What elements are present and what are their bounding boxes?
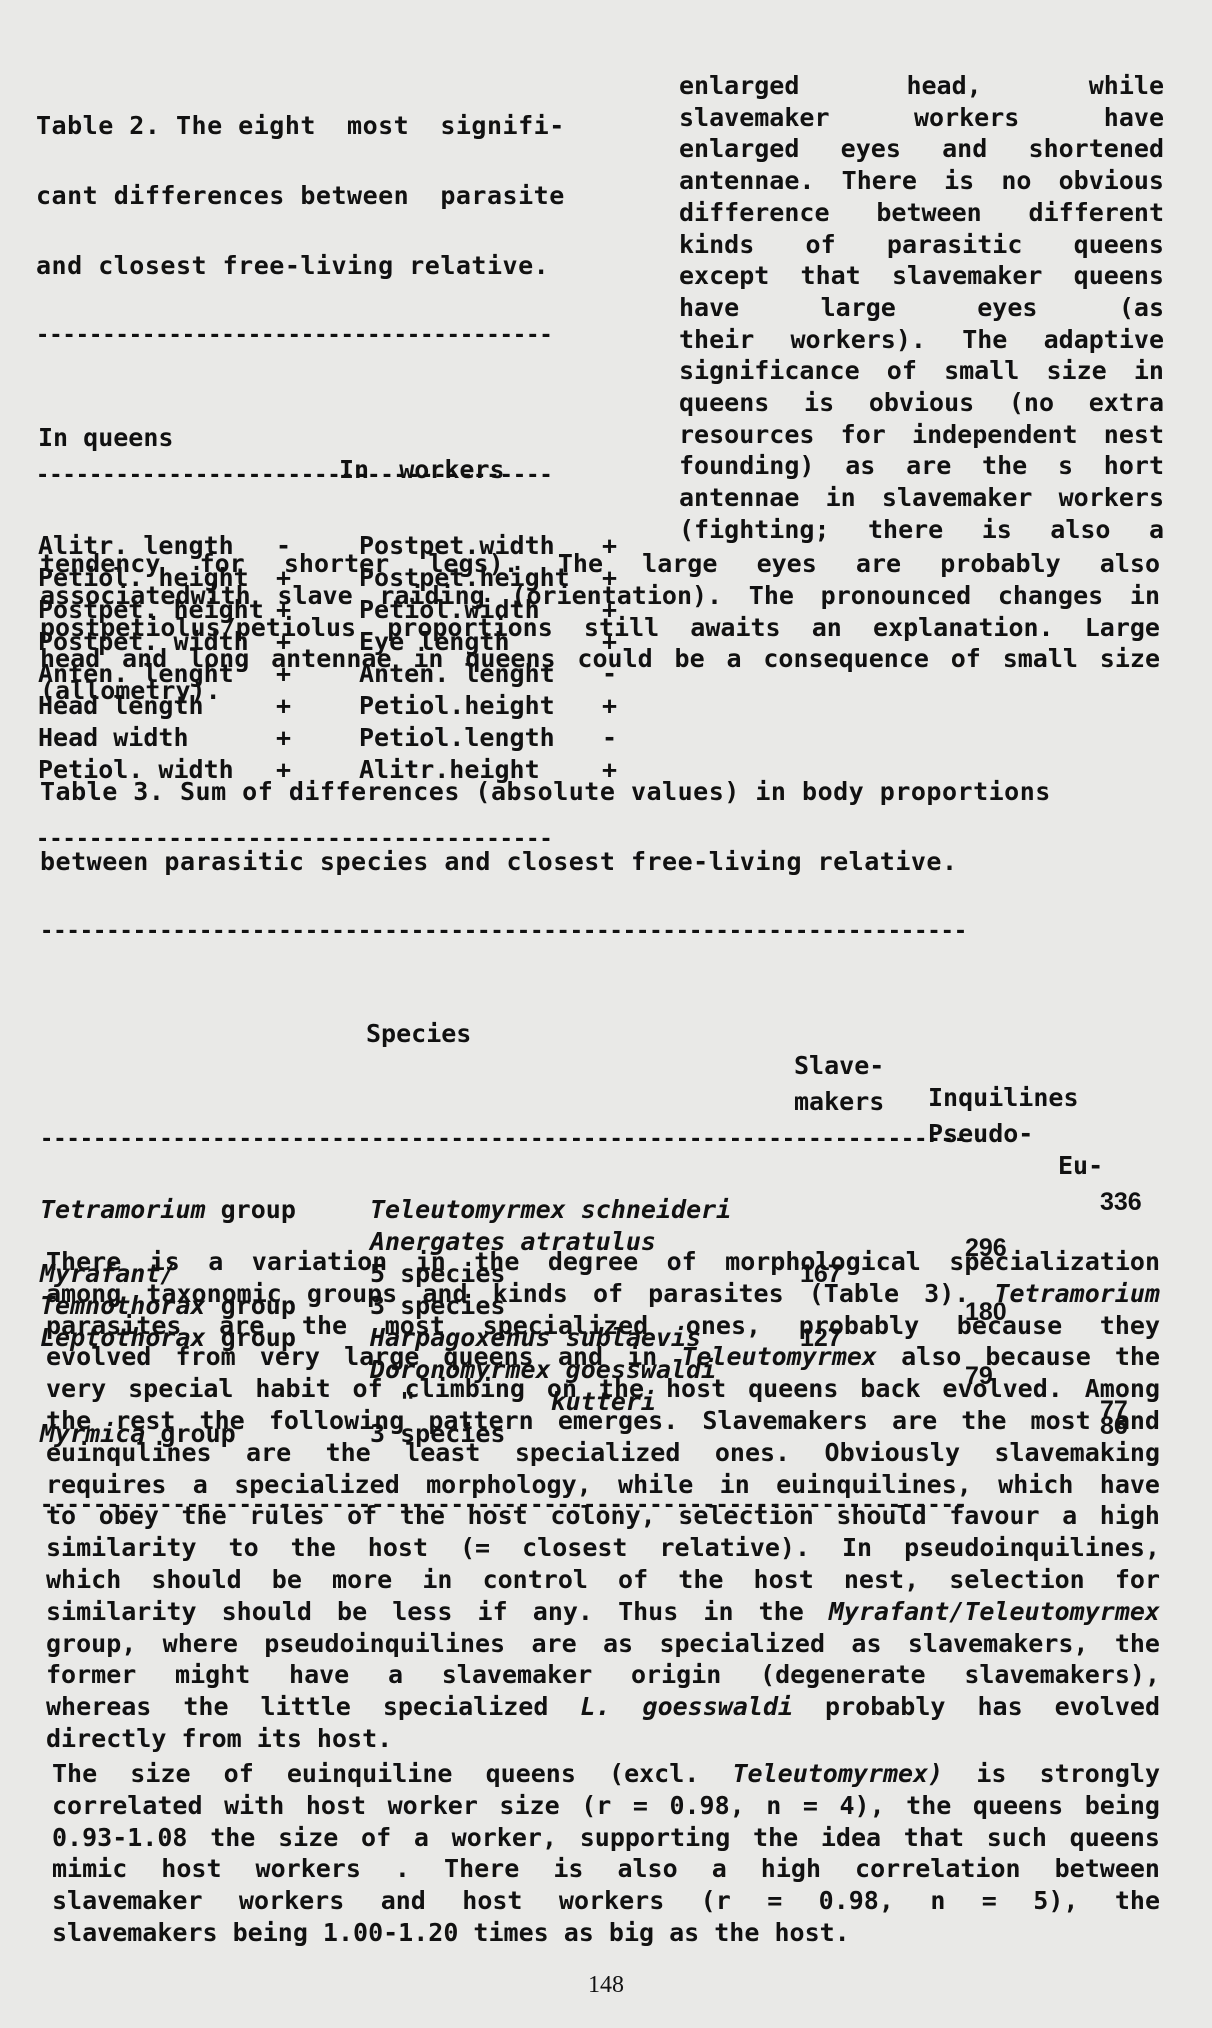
- text-line: slavemakers being 1.00-1.20 times as big…: [52, 1917, 1160, 1949]
- text-line: resources for independent nest: [679, 419, 1164, 451]
- text-line: significance of small size in: [679, 355, 1164, 387]
- text-line: antennae in slavemaker workers: [679, 482, 1164, 514]
- table-2-caption-line: cant differences between parasite: [36, 180, 636, 212]
- table-rule: ---------------------------------------: [36, 320, 636, 352]
- taxon-group: Tetramorium group: [40, 1194, 296, 1226]
- header-slavemakers-2: makers: [794, 1086, 884, 1118]
- header-pseudo: Pseudo-: [928, 1118, 1033, 1150]
- text-line: evolved from very large queens and in Te…: [46, 1341, 1160, 1373]
- table-3-header-row-1: Species Slave- Inquilines: [40, 986, 1170, 1016]
- text-line: tendency for shorter legs). The large ey…: [40, 548, 1160, 580]
- text-line: group, where pseudoinquilines are as spe…: [46, 1628, 1160, 1660]
- header-species: Species: [366, 1018, 471, 1050]
- text-line: There is a variation in the degree of mo…: [46, 1246, 1160, 1278]
- text-line: antennae. There is no obvious: [679, 165, 1164, 197]
- eu-value: 336: [1100, 1186, 1142, 1218]
- document-page: Table 2. The eight most signifi- cant di…: [0, 0, 1212, 2028]
- text-line: queens is obvious (no extra: [679, 387, 1164, 419]
- header-inquilines: Inquilines: [928, 1082, 1079, 1114]
- text-line: postpetiolus/petiolus proportions still …: [40, 612, 1160, 644]
- text-line: among taxonomic groups and kinds of para…: [46, 1278, 1160, 1310]
- table-rule: ----------------------------------------…: [40, 916, 1170, 948]
- table-2-caption-line: Table 2. The eight most signifi-: [36, 110, 636, 142]
- right-column-text: enlarged head, whileslavemaker workers h…: [679, 70, 1164, 546]
- text-line: difference between different: [679, 197, 1164, 229]
- page-number: 148: [0, 1972, 1212, 1999]
- text-line: to obey the rules of the host colony, se…: [46, 1500, 1160, 1532]
- paragraph-specialization: There is a variation in the degree of mo…: [46, 1246, 1160, 1755]
- table-3-caption-line: between parasitic species and closest fr…: [40, 846, 1170, 878]
- text-line: associatedwith slave raiding (orientatio…: [40, 580, 1160, 612]
- text-line: mimic host workers . There is also a hig…: [52, 1853, 1160, 1885]
- table-row: Tetramorium groupTeleutomyrmex schneider…: [40, 1194, 1170, 1226]
- text-line: requires a specialized morphology, while…: [46, 1469, 1160, 1501]
- text-line: have large eyes (as: [679, 292, 1164, 324]
- table-3-header-row-2: makers Pseudo- Eu-: [40, 1054, 1170, 1086]
- text-line: (allometry).: [40, 675, 1160, 707]
- table-3-caption-line: Table 3. Sum of differences (absolute va…: [40, 776, 1170, 808]
- text-line: former might have a slavemaker origin (d…: [46, 1659, 1160, 1691]
- text-line: similarity to the host (= closest relati…: [46, 1532, 1160, 1564]
- table-2-caption-line: and closest free-living relative.: [36, 250, 636, 282]
- paragraph-allometry: tendency for shorter legs). The large ey…: [40, 548, 1160, 707]
- text-line: slavemaker workers have: [679, 102, 1164, 134]
- text-line: except that slavemaker queens: [679, 260, 1164, 292]
- text-line: very special habit of climbing on the ho…: [46, 1373, 1160, 1405]
- table-2-header-row: In queens In workers: [36, 390, 636, 422]
- text-line: slavemaker workers and host workers (r =…: [52, 1885, 1160, 1917]
- text-line: 0.93-1.08 the size of a worker, supporti…: [52, 1822, 1160, 1854]
- text-line: kinds of parasitic queens: [679, 229, 1164, 261]
- paragraph-size-correlation: The size of euinquiline queens (excl. Te…: [52, 1758, 1160, 1949]
- text-line: which should be more in control of the h…: [46, 1564, 1160, 1596]
- text-line: enlarged eyes and shortened: [679, 133, 1164, 165]
- text-line: enlarged head, while: [679, 70, 1164, 102]
- header-eu: Eu-: [1058, 1150, 1103, 1182]
- header-in-queens: In queens: [38, 422, 173, 454]
- header-in-workers: In workers: [339, 454, 505, 486]
- species-name: Teleutomyrmex schneideri: [370, 1194, 731, 1226]
- text-line: (fighting; there is also a: [679, 514, 1164, 546]
- text-line: parasites are the most specialized ones,…: [46, 1310, 1160, 1342]
- text-line: similarity should be less if any. Thus i…: [46, 1596, 1160, 1628]
- text-line: directly from its host.: [46, 1723, 1160, 1755]
- text-line: their workers). The adaptive: [679, 324, 1164, 356]
- text-line: correlated with host worker size (r = 0.…: [52, 1790, 1160, 1822]
- text-line: euinqulines are the least specialized on…: [46, 1437, 1160, 1469]
- text-line: founding) as are the s hort: [679, 450, 1164, 482]
- text-line: The size of euinquiline queens (excl. Te…: [52, 1758, 1160, 1790]
- text-line: head and long antennae in queens could b…: [40, 643, 1160, 675]
- text-line: the rest the following pattern emerges. …: [46, 1405, 1160, 1437]
- text-line: whereas the little specialized L. goessw…: [46, 1691, 1160, 1723]
